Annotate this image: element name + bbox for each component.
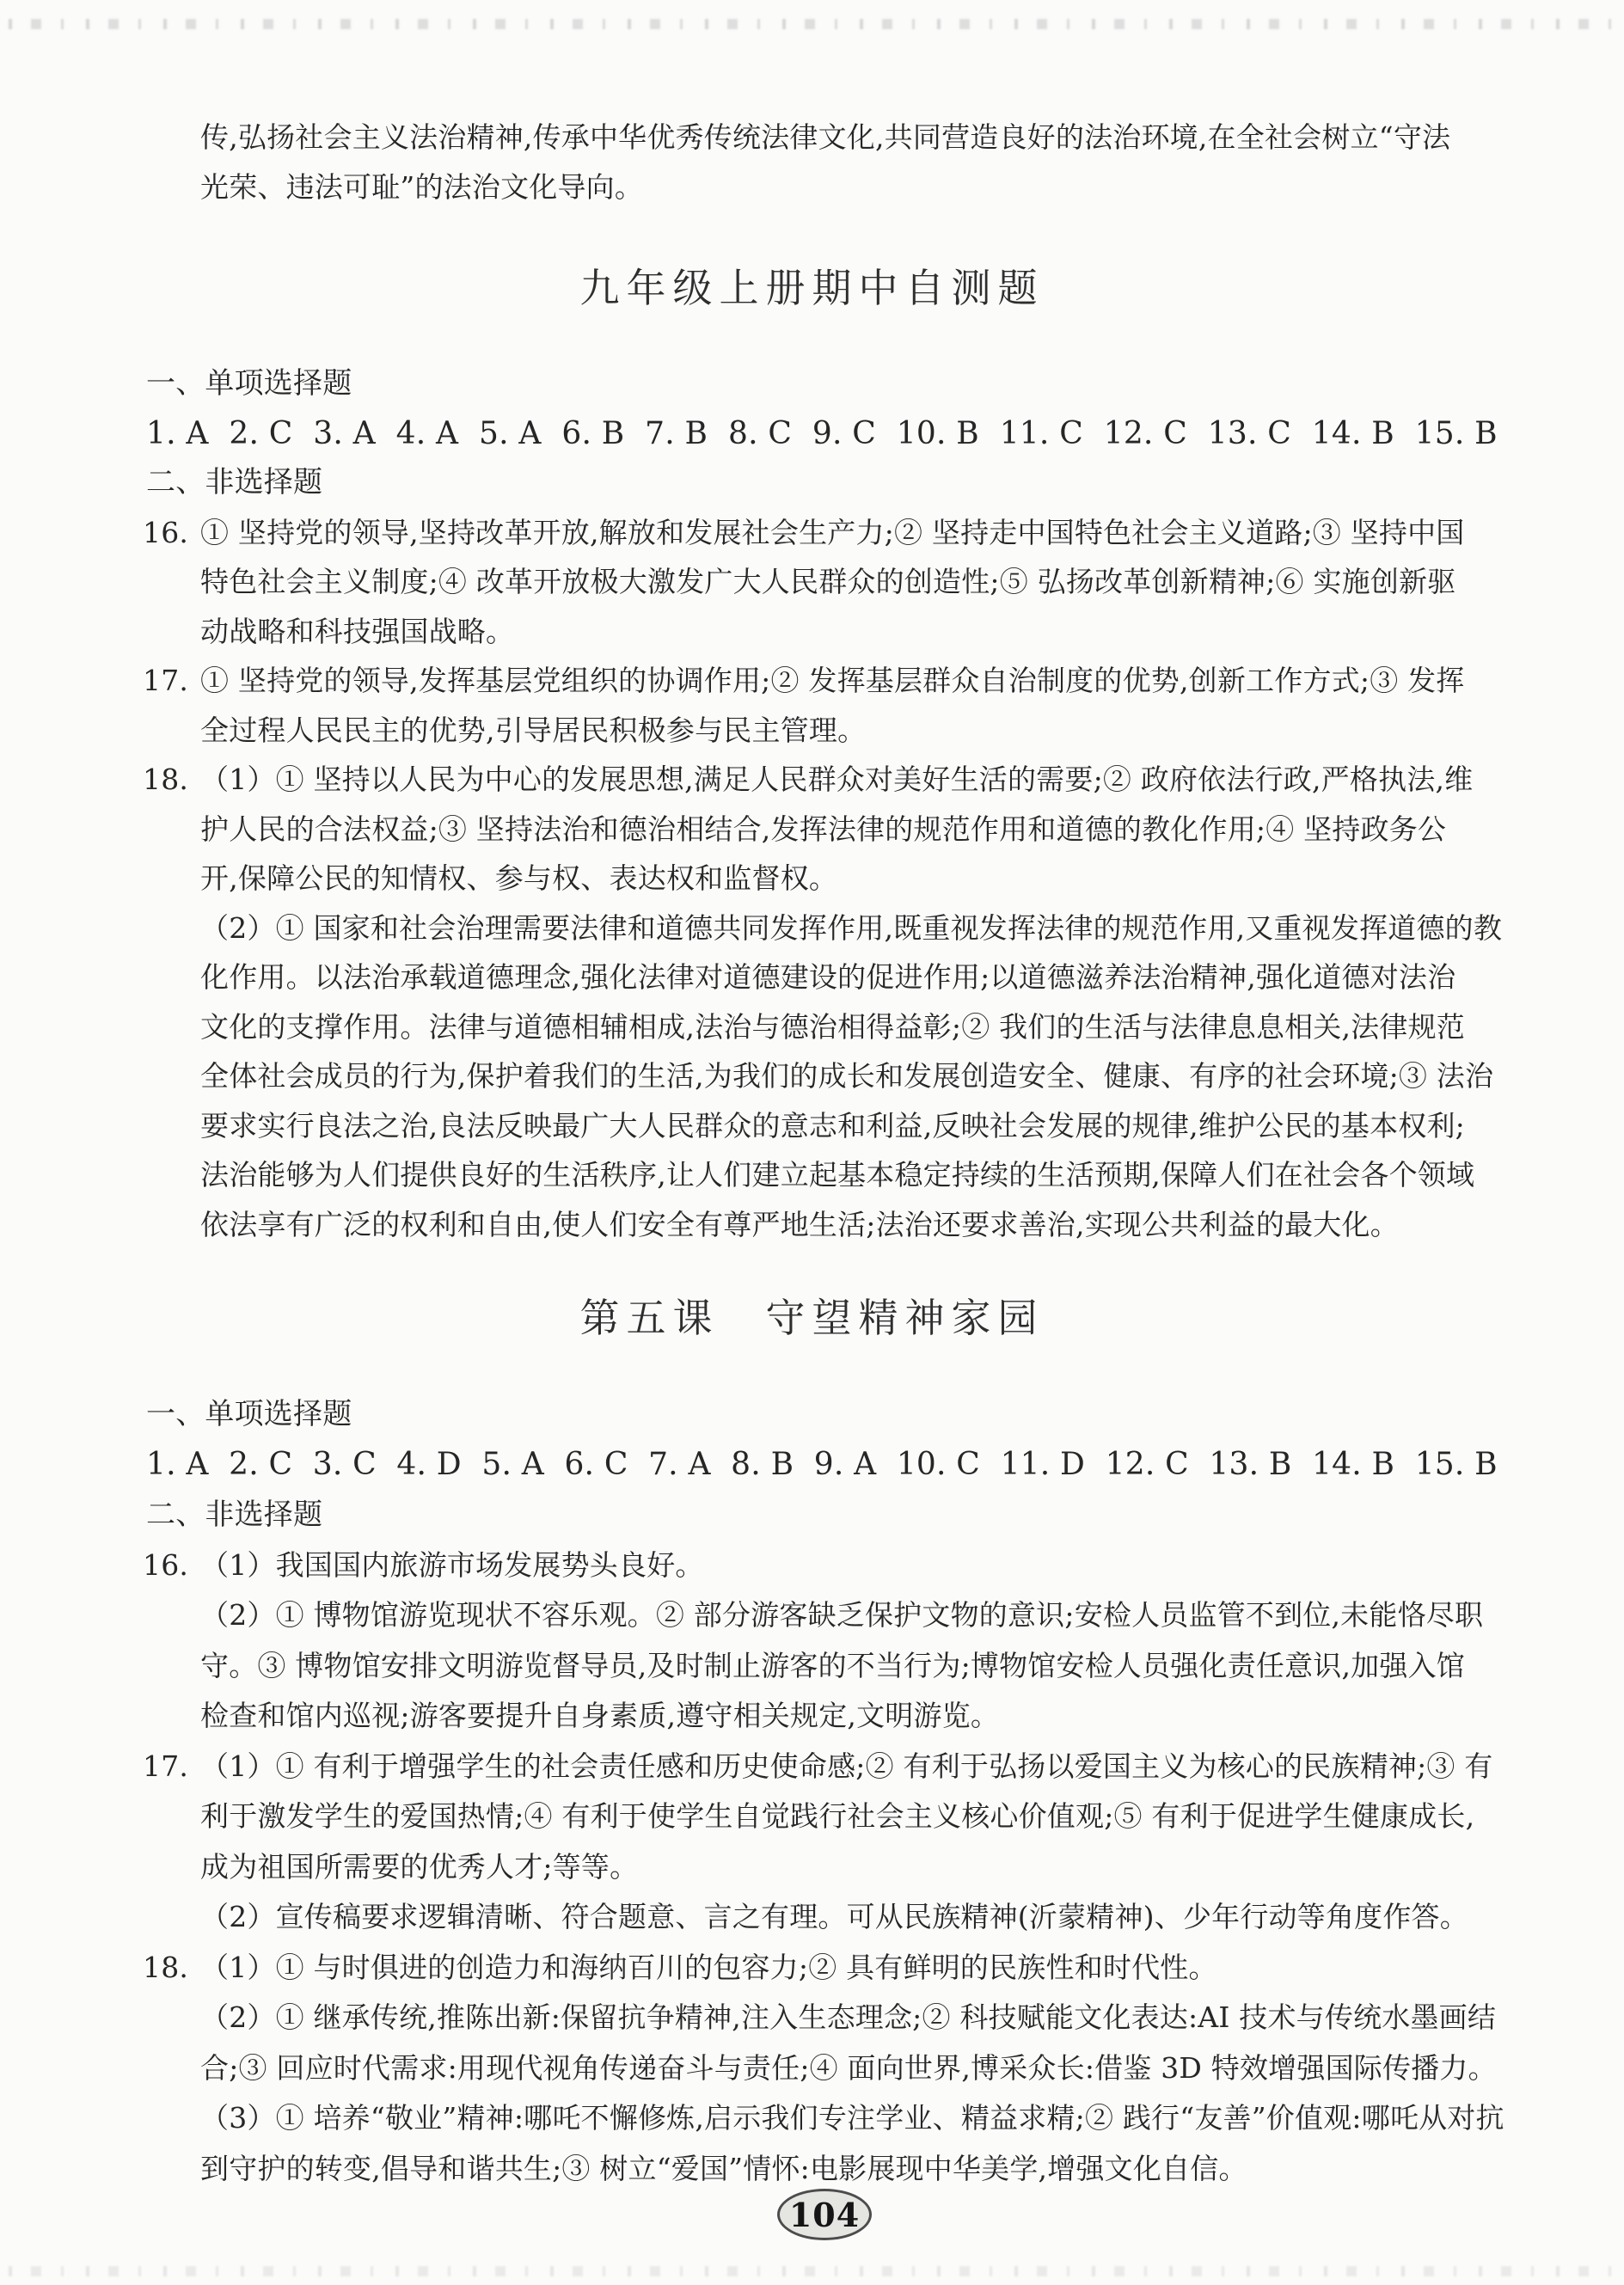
text-line: 到守护的转变,倡导和谐共生;③ 树立“爱国”情怀:电影展现中华美学,增强文化自信… (0, 2144, 1624, 2195)
answer-key-row: 1. A2. C3. A4. A5. A6. B7. B8. C9. C10. … (146, 409, 1498, 459)
text-line: 守。③ 博物馆安排文明游览督导员,及时制止游客的不当行为;博物馆安检人员强化责任… (0, 1641, 1624, 1692)
answer-text: （1）① 坚持以人民为中心的发展思想,满足人民群众对美好生活的需要;② 政府依法… (200, 763, 1473, 796)
answer-item: 13. C (1208, 409, 1291, 459)
answer-key-row: 1. A2. C3. C4. D5. A6. C7. A8. B9. A10. … (146, 1440, 1498, 1491)
text-line: 要求实行良法之治,良法反映最广大人民群众的意志和利益,反映社会发展的规律,维护公… (0, 1101, 1624, 1151)
nonchoice-section-label: 二、非选择题 (0, 458, 1624, 508)
text-line: 开,保障公民的知情权、参与权、表达权和监督权。 (0, 854, 1624, 904)
text-line: （2）① 继承传统,推陈出新:保留抗争精神,注入生态理念;② 科技赋能文化表达:… (0, 1993, 1624, 2043)
question-number: 16. (143, 508, 188, 558)
answer-item: 8. B (731, 1440, 794, 1491)
page-number-badge: 104 (777, 2189, 872, 2240)
answer-item: 6. B (561, 409, 624, 459)
answer-item: 11. C (1000, 409, 1083, 459)
section-title-midterm: 九年级上册期中自测题 (0, 260, 1624, 316)
answer-item: 2. C (229, 1440, 292, 1491)
answer-item: 5. A (479, 409, 542, 459)
choice-section-label: 一、单项选择题 (0, 1389, 1624, 1440)
carryover-paragraph: 传,弘扬社会主义法治精神,传承中华优秀传统法律文化,共同营造良好的法治环境,在全… (0, 113, 1624, 211)
question-line: 17.（1）① 有利于增强学生的社会责任感和历史使命感;② 有利于弘扬以爱国主义… (0, 1742, 1624, 1792)
text-line: 光荣、违法可耻”的法治文化导向。 (0, 162, 1624, 212)
text-line: 利于激发学生的爱国热情;④ 有利于使学生自觉践行社会主义核心价值观;⑤ 有利于促… (0, 1792, 1624, 1842)
answer-item: 4. A (396, 409, 459, 459)
lesson5-answers-section: 一、单项选择题 1. A2. C3. C4. D5. A6. C7. A8. B… (0, 1389, 1624, 2194)
text-line: 法治能够为人们提供良好的生活秩序,让人们建立起基本稳定持续的生活预期,保障人们在… (0, 1150, 1624, 1200)
question-number: 17. (143, 1742, 188, 1792)
answer-item: 8. C (728, 409, 792, 459)
answer-item: 14. B (1312, 409, 1394, 459)
answer-text: ① 坚持党的领导,坚持改革开放,解放和发展社会生产力;② 坚持走中国特色社会主义… (200, 516, 1465, 549)
answer-text: （1）① 有利于增强学生的社会责任感和历史使命感;② 有利于弘扬以爱国主义为核心… (200, 1749, 1493, 1783)
scan-artifact-bottom (9, 2266, 1615, 2276)
text-line: 全过程人民民主的优势,引导居民积极参与民主管理。 (0, 706, 1624, 756)
answer-item: 9. A (814, 1440, 877, 1491)
question-line: 17.① 坚持党的领导,发挥基层党组织的协调作用;② 发挥基层群众自治制度的优势… (0, 656, 1624, 706)
text-line: （2）① 博物馆游览现状不容乐观。② 部分游客缺乏保护文物的意识;安检人员监管不… (0, 1590, 1624, 1641)
text-line: 传,弘扬社会主义法治精神,传承中华优秀传统法律文化,共同营造良好的法治环境,在全… (0, 113, 1624, 162)
text-line: （2）宣传稿要求逻辑清晰、符合题意、言之有理。可从民族精神(沂蒙精神)、少年行动… (0, 1892, 1624, 1943)
question-line: 18.（1）① 坚持以人民为中心的发展思想,满足人民群众对美好生活的需要;② 政… (0, 755, 1624, 805)
answer-item: 12. C (1104, 409, 1187, 459)
choice-section-label: 一、单项选择题 (0, 359, 1624, 409)
text-line: 化作用。以法治承载道德理念,强化法律对道德建设的促进作用;以道德滋养法治精神,强… (0, 953, 1624, 1002)
answer-item: 1. A (146, 409, 209, 459)
answer-item: 14. B (1312, 1440, 1394, 1491)
page-number: 104 (789, 2196, 860, 2234)
answer-item: 10. C (897, 1440, 980, 1491)
text-line: 特色社会主义制度;④ 改革开放极大激发广大人民群众的创造性;⑤ 弘扬改革创新精神… (0, 557, 1624, 607)
answer-item: 3. C (313, 1440, 377, 1491)
question-number: 16. (143, 1541, 188, 1591)
midterm-answers-section: 一、单项选择题 1. A2. C3. A4. A5. A6. B7. B8. C… (0, 359, 1624, 1249)
text-line: （2）① 国家和社会治理需要法律和道德共同发挥作用,既重视发挥法律的规范作用,又… (0, 904, 1624, 953)
text-line: 全体社会成员的行为,保护着我们的生活,为我们的成长和发展创造安全、健康、有序的社… (0, 1051, 1624, 1101)
text-line: 护人民的合法权益;③ 坚持法治和德治相结合,发挥法律的规范作用和道德的教化作用;… (0, 805, 1624, 855)
answer-text: （1）① 与时俱进的创造力和海纳百川的包容力;② 具有鲜明的民族性和时代性。 (200, 1951, 1217, 1984)
answer-item: 11. D (1001, 1440, 1086, 1491)
text-line: 动战略和科技强国战略。 (0, 607, 1624, 657)
question-number: 18. (143, 755, 188, 805)
text-line: 检查和馆内巡视;游客要提升自身素质,遵守相关规定,文明游览。 (0, 1691, 1624, 1742)
answer-item: 2. C (229, 409, 292, 459)
answer-text: ① 坚持党的领导,发挥基层党组织的协调作用;② 发挥基层群众自治制度的优势,创新… (200, 664, 1465, 697)
section-title-lesson5: 第五课 守望精神家园 (0, 1290, 1624, 1346)
answer-item: 12. C (1106, 1440, 1189, 1491)
answer-item: 10. B (897, 409, 979, 459)
nonchoice-section-label: 二、非选择题 (0, 1490, 1624, 1541)
question-line: 18.（1）① 与时俱进的创造力和海纳百川的包容力;② 具有鲜明的民族性和时代性… (0, 1943, 1624, 1994)
text-line: （3）① 培养“敬业”精神:哪吒不懈修炼,启示我们专注学业、精益求精;② 践行“… (0, 2093, 1624, 2144)
text-line: 合;③ 回应时代需求:用现代视角传递奋斗与责任;④ 面向世界,博采众长:借鉴 3… (0, 2043, 1624, 2094)
text-line: 文化的支撑作用。法律与道德相辅相成,法治与德治相得益彰;② 我们的生活与法律息息… (0, 1002, 1624, 1052)
answer-item: 3. A (313, 409, 376, 459)
answer-item: 15. B (1415, 1440, 1498, 1491)
answer-item: 7. B (645, 409, 708, 459)
answer-key-page: 传,弘扬社会主义法治精神,传承中华优秀传统法律文化,共同营造良好的法治环境,在全… (0, 0, 1624, 2285)
question-line: 16.① 坚持党的领导,坚持改革开放,解放和发展社会生产力;② 坚持走中国特色社… (0, 508, 1624, 558)
question-number: 18. (143, 1943, 188, 1994)
answer-item: 4. D (396, 1440, 461, 1491)
answer-item: 6. C (564, 1440, 628, 1491)
question-number: 17. (143, 656, 188, 706)
answer-item: 5. A (481, 1440, 544, 1491)
answer-text: （1）我国国内旅游市场发展势头良好。 (200, 1548, 704, 1582)
answer-item: 7. A (648, 1440, 711, 1491)
answer-item: 13. B (1209, 1440, 1291, 1491)
answer-item: 15. B (1415, 409, 1498, 459)
question-line: 16.（1）我国国内旅游市场发展势头良好。 (0, 1541, 1624, 1591)
answer-item: 1. A (146, 1440, 209, 1491)
scan-artifact-top (9, 19, 1615, 29)
answer-item: 9. C (812, 409, 876, 459)
text-line: 依法享有广泛的权利和自由,使人们安全有尊严地生活;法治还要求善治,实现公共利益的… (0, 1200, 1624, 1250)
text-line: 成为祖国所需要的优秀人才;等等。 (0, 1842, 1624, 1893)
